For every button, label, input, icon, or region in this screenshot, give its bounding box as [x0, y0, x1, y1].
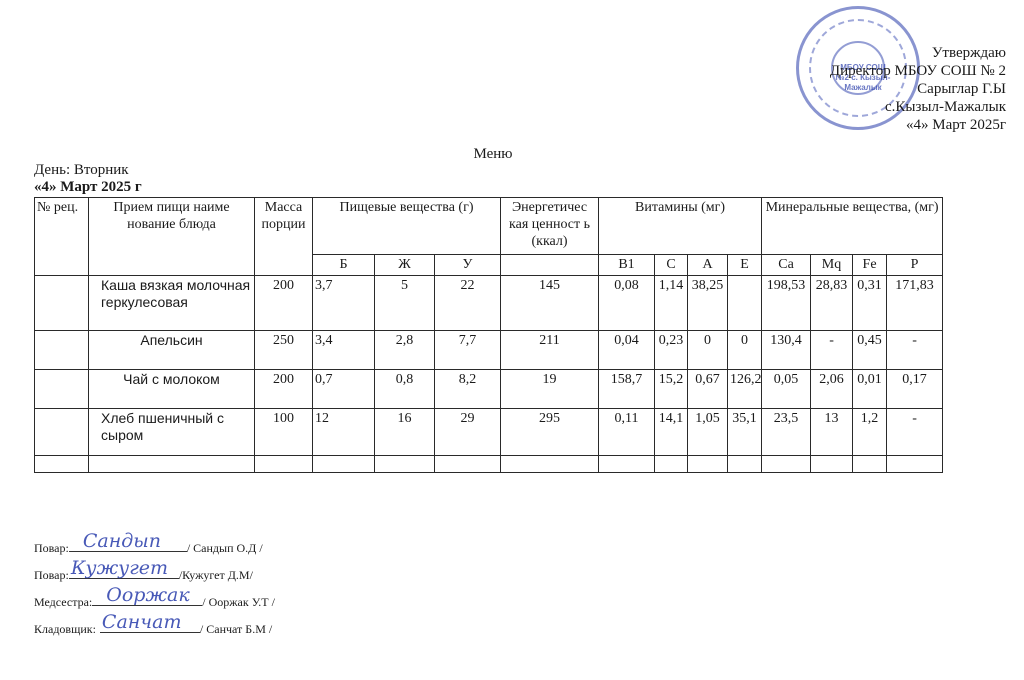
subheader-ca: Ca: [762, 255, 811, 276]
subheader-p: P: [887, 255, 943, 276]
cell-recipe-no: [35, 370, 89, 409]
subheader-b1: B1: [599, 255, 655, 276]
subheader-b: Б: [313, 255, 375, 276]
signature-field: Ооржак: [92, 589, 202, 606]
subheader-mq: Mq: [811, 255, 853, 276]
cell-empty: [35, 456, 89, 473]
signature-name: / Сандып О.Д /: [187, 535, 263, 562]
approval-line: Утверждаю: [780, 44, 1006, 62]
cell-recipe-no: [35, 409, 89, 456]
header-portion: Масса порции: [255, 198, 313, 276]
signature-name: / Санчат Б.М /: [200, 616, 272, 643]
cell-dish-name: Чай с молоком: [89, 370, 255, 409]
handwritten-signature: Кужугет: [71, 558, 168, 578]
signature-field: Санчат: [100, 616, 200, 633]
cell-dish-name: Апельсин: [89, 331, 255, 370]
signature-role: Повар:: [34, 562, 69, 589]
approval-line: с.Кызыл-Мажалык: [780, 98, 1006, 116]
subheader-e: E: [728, 255, 762, 276]
signature-line: Кладовщик: Санчат / Санчат Б.М /: [34, 616, 275, 643]
table-row: Чай с молоком 200 0,7 0,8 8,2 19 158,7 1…: [35, 370, 943, 409]
cell-carbs: 22: [435, 276, 501, 331]
subheader-fe: Fe: [853, 255, 887, 276]
handwritten-signature: Ооржак: [106, 585, 189, 605]
table-row: Хлеб пшеничный с сыром 100 12 16 29 295 …: [35, 409, 943, 456]
cell-p: -: [887, 409, 943, 456]
signature-name: / Ооржак У.Т /: [202, 589, 275, 616]
cell-fe: 0,31: [853, 276, 887, 331]
signatures-block: Повар: Сандып / Сандып О.Д / Повар: Кужу…: [34, 535, 275, 643]
cell-protein: 12: [313, 409, 375, 456]
handwritten-signature: Санчат: [102, 612, 182, 632]
cell-fat: 0,8: [375, 370, 435, 409]
table-row-empty: [35, 456, 943, 473]
cell-e: 0: [728, 331, 762, 370]
cell-empty: [688, 456, 728, 473]
handwritten-signature: Сандып: [83, 531, 161, 551]
cell-mq: -: [811, 331, 853, 370]
cell-ca: 198,53: [762, 276, 811, 331]
cell-empty: [887, 456, 943, 473]
cell-empty: [501, 456, 599, 473]
cell-empty: [853, 456, 887, 473]
cell-carbs: 29: [435, 409, 501, 456]
cell-recipe-no: [35, 276, 89, 331]
cell-c: 0,23: [655, 331, 688, 370]
cell-empty: [811, 456, 853, 473]
cell-energy: 145: [501, 276, 599, 331]
cell-empty: [89, 456, 255, 473]
cell-portion: 200: [255, 370, 313, 409]
day-label: День: Вторник: [34, 162, 129, 179]
cell-mq: 13: [811, 409, 853, 456]
subheader-c: C: [655, 255, 688, 276]
cell-empty: [655, 456, 688, 473]
cell-empty: [435, 456, 501, 473]
header-minerals: Минеральные вещества, (мг): [762, 198, 943, 255]
cell-empty: [375, 456, 435, 473]
signature-field: Сандып: [69, 535, 187, 552]
table-row: Каша вязкая молочная геркулесовая 200 3,…: [35, 276, 943, 331]
cell-a: 38,25: [688, 276, 728, 331]
cell-energy: 19: [501, 370, 599, 409]
cell-a: 0,67: [688, 370, 728, 409]
cell-fe: 1,2: [853, 409, 887, 456]
cell-mq: 2,06: [811, 370, 853, 409]
cell-empty: [728, 456, 762, 473]
cell-fat: 2,8: [375, 331, 435, 370]
cell-ca: 23,5: [762, 409, 811, 456]
header-nutrients: Пищевые вещества (г): [313, 198, 501, 255]
cell-b1: 0,04: [599, 331, 655, 370]
cell-empty: [762, 456, 811, 473]
document-title: Меню: [0, 146, 986, 163]
cell-fe: 0,01: [853, 370, 887, 409]
cell-protein: 0,7: [313, 370, 375, 409]
cell-b1: 158,7: [599, 370, 655, 409]
cell-recipe-no: [35, 331, 89, 370]
approval-line: Директор МБОУ СОШ № 2: [780, 62, 1006, 80]
table-row: Апельсин 250 3,4 2,8 7,7 211 0,04 0,23 0…: [35, 331, 943, 370]
approval-line: Сарыглар Г.Ы: [780, 80, 1006, 98]
signature-role: Кладовщик:: [34, 616, 96, 643]
cell-b1: 0,08: [599, 276, 655, 331]
header-energy: Энергетичес кая ценност ь (ккал): [501, 198, 599, 255]
approval-line: «4» Март 2025г: [780, 116, 1006, 134]
cell-fat: 5: [375, 276, 435, 331]
cell-ca: 0,05: [762, 370, 811, 409]
cell-c: 15,2: [655, 370, 688, 409]
cell-mq: 28,83: [811, 276, 853, 331]
cell-empty: [599, 456, 655, 473]
cell-p: 0,17: [887, 370, 943, 409]
cell-a: 0: [688, 331, 728, 370]
cell-fat: 16: [375, 409, 435, 456]
subheader-zh: Ж: [375, 255, 435, 276]
cell-carbs: 7,7: [435, 331, 501, 370]
cell-portion: 200: [255, 276, 313, 331]
cell-e: 35,1: [728, 409, 762, 456]
cell-e: [728, 276, 762, 331]
cell-portion: 250: [255, 331, 313, 370]
menu-table: № рец. Прием пищи наиме нование блюда Ма…: [34, 197, 943, 473]
cell-a: 1,05: [688, 409, 728, 456]
cell-energy: 295: [501, 409, 599, 456]
approval-block: Утверждаю Директор МБОУ СОШ № 2 Сарыглар…: [780, 44, 1006, 134]
cell-c: 14,1: [655, 409, 688, 456]
header-meal-name: Прием пищи наиме нование блюда: [89, 198, 255, 276]
cell-p: 171,83: [887, 276, 943, 331]
cell-p: -: [887, 331, 943, 370]
signature-field: Кужугет: [69, 562, 179, 579]
cell-c: 1,14: [655, 276, 688, 331]
cell-dish-name: Хлеб пшеничный с сыром: [89, 409, 255, 456]
cell-energy: 211: [501, 331, 599, 370]
date-label: «4» Март 2025 г: [34, 179, 142, 196]
signature-role: Повар:: [34, 535, 69, 562]
cell-ca: 130,4: [762, 331, 811, 370]
cell-b1: 0,11: [599, 409, 655, 456]
cell-carbs: 8,2: [435, 370, 501, 409]
subheader-a: A: [688, 255, 728, 276]
signature-role: Медсестра:: [34, 589, 92, 616]
cell-portion: 100: [255, 409, 313, 456]
cell-empty: [313, 456, 375, 473]
cell-protein: 3,4: [313, 331, 375, 370]
cell-empty: [255, 456, 313, 473]
table-header-row: № рец. Прием пищи наиме нование блюда Ма…: [35, 198, 943, 255]
header-vitamins: Витамины (мг): [599, 198, 762, 255]
subheader-energy-blank: [501, 255, 599, 276]
cell-fe: 0,45: [853, 331, 887, 370]
header-recipe-no: № рец.: [35, 198, 89, 276]
cell-protein: 3,7: [313, 276, 375, 331]
cell-dish-name: Каша вязкая молочная геркулесовая: [89, 276, 255, 331]
subheader-u: У: [435, 255, 501, 276]
cell-e: 126,2: [728, 370, 762, 409]
